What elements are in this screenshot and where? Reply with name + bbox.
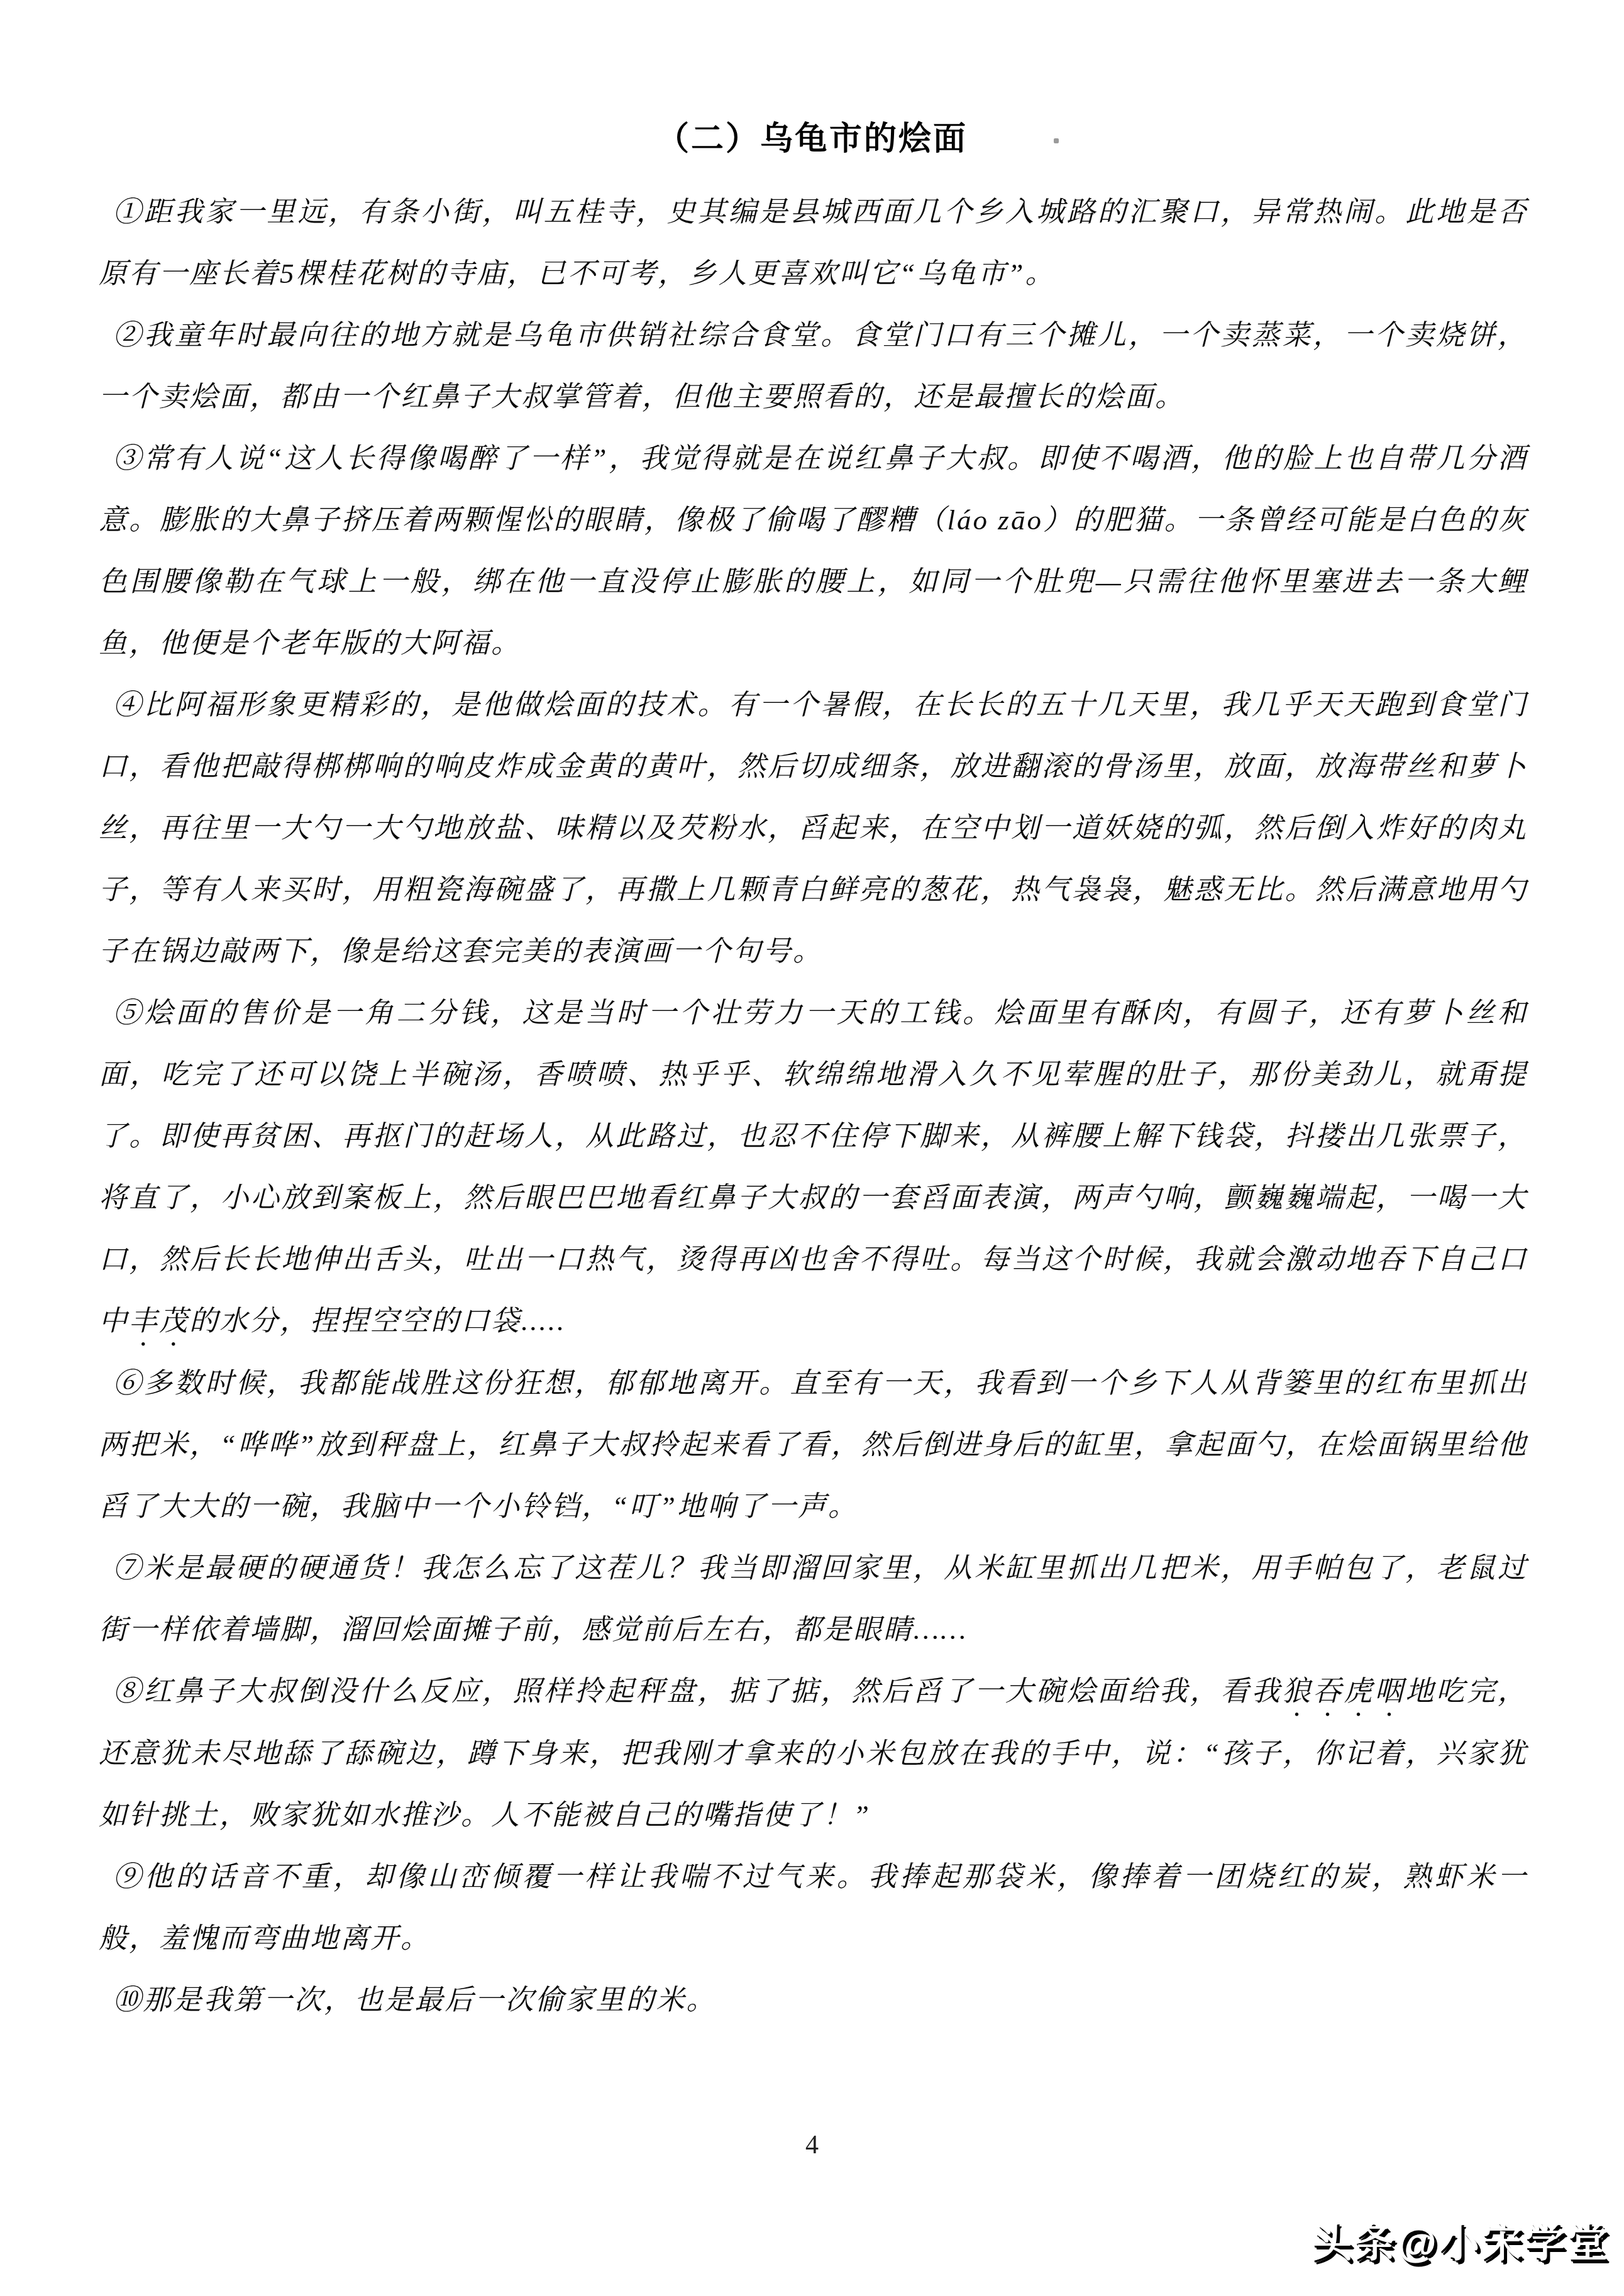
paragraph: ⑤烩面的售价是一角二分钱，这是当时一个壮劳力一天的工钱。烩面里有酥肉，有圆子，还…: [99, 982, 1528, 1352]
paragraph-text: ⑨他的话音不重，却像山峦倾覆一样让我喘不过气来。我捧起那袋米，像捧着一团烧红的炭…: [99, 1861, 1528, 1954]
document-page: （二）乌龟市的烩面 ①距我家一里远，有条小街，叫五桂寺，史其编是县城西面几个乡入…: [0, 0, 1624, 2296]
paragraph-text: ⑥多数时候，我都能战胜这份狂想，郁郁地离开。直至有一天，我看到一个乡下人从背篓里…: [99, 1367, 1528, 1522]
passage-body: ①距我家一里远，有条小街，叫五桂寺，史其编是县城西面几个乡入城路的汇聚口，异常热…: [99, 181, 1528, 2031]
paragraph-text: ⑤烩面的售价是一角二分钱，这是当时一个壮劳力一天的工钱。烩面里有酥肉，有圆子，还…: [99, 997, 1528, 1337]
scan-artifact-dot: [1054, 138, 1059, 143]
emphasized-text: 狼吞虎咽: [1282, 1675, 1405, 1707]
paragraph-text: ②我童年时最向往的地方就是乌龟市供销社综合食堂。食堂门口有三个摊儿，一个卖蒸菜，…: [99, 319, 1528, 412]
paragraph: ①距我家一里远，有条小街，叫五桂寺，史其编是县城西面几个乡入城路的汇聚口，异常热…: [99, 181, 1528, 304]
watermark-text: 头条@小宋学堂: [1312, 2210, 1610, 2268]
paragraph: ④比阿福形象更精彩的，是他做烩面的技术。有一个暑假，在长长的五十几天里，我几乎天…: [99, 674, 1528, 982]
paragraph: ⑥多数时候，我都能战胜这份狂想，郁郁地离开。直至有一天，我看到一个乡下人从背篓里…: [99, 1352, 1528, 1537]
paragraph-text: ⑧红鼻子大叔倒没什么反应，照样拎起秤盘，掂了掂，然后舀了一大碗烩面给我，看我: [113, 1675, 1283, 1707]
paragraph: ⑧红鼻子大叔倒没什么反应，照样拎起秤盘，掂了掂，然后舀了一大碗烩面给我，看我狼吞…: [99, 1660, 1528, 1846]
paragraph-text: ③常有人说“这人长得像喝醉了一样”，我觉得就是在说红鼻子大叔。即使不喝酒，他的脸…: [99, 443, 1528, 659]
paragraph-text: ④比阿福形象更精彩的，是他做烩面的技术。有一个暑假，在长长的五十几天里，我几乎天…: [99, 689, 1528, 967]
paragraph-text: ⑩那是我第一次，也是最后一次偷家里的米。: [113, 1984, 717, 2016]
paragraph: ⑨他的话音不重，却像山峦倾覆一样让我喘不过气来。我捧起那袋米，像捧着一团烧红的炭…: [99, 1846, 1528, 1969]
paragraph-text: 的水分，捏捏空空的口袋.....: [189, 1305, 566, 1337]
paragraph: ②我童年时最向往的地方就是乌龟市供销社综合食堂。食堂门口有三个摊儿，一个卖蒸菜，…: [99, 304, 1528, 428]
paragraph: ③常有人说“这人长得像喝醉了一样”，我觉得就是在说红鼻子大叔。即使不喝酒，他的脸…: [99, 428, 1528, 674]
page-number: 4: [0, 2130, 1624, 2160]
paragraph-text: ①距我家一里远，有条小街，叫五桂寺，史其编是县城西面几个乡入城路的汇聚口，异常热…: [99, 196, 1528, 289]
passage-title: （二）乌龟市的烩面: [0, 112, 1624, 159]
emphasized-text: 丰茂: [129, 1305, 189, 1337]
paragraph: ⑦米是最硬的硬通货！我怎么忘了这茬儿？我当即溜回家里，从米缸里抓出几把米，用手帕…: [99, 1537, 1528, 1660]
paragraph-text: ⑦米是最硬的硬通货！我怎么忘了这茬儿？我当即溜回家里，从米缸里抓出几把米，用手帕…: [99, 1552, 1528, 1645]
paragraph: ⑩那是我第一次，也是最后一次偷家里的米。: [99, 1969, 1528, 2031]
